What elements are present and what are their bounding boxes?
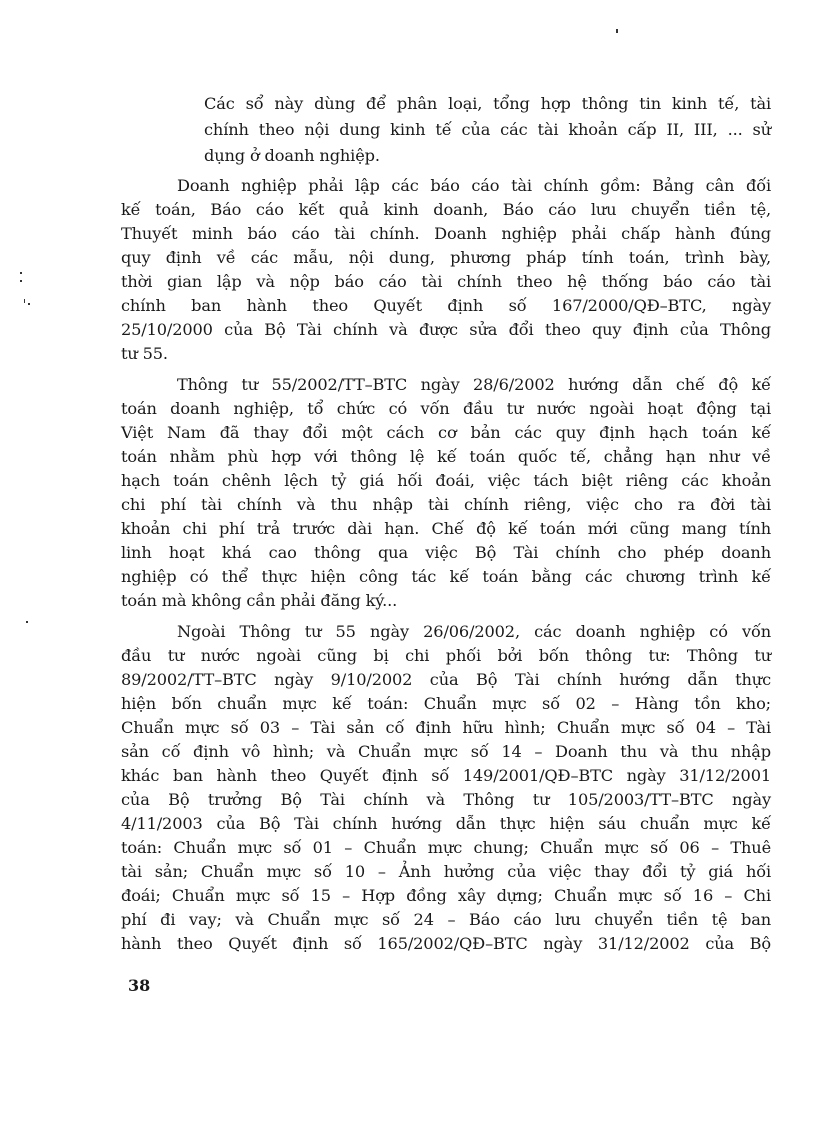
text-line: dụng ở doanh nghiệp.: [204, 144, 380, 168]
text-line: Chuẩn mực số 03 – Tài sản cố định hữu hì…: [121, 716, 771, 740]
text-line: Thuyết minh báo cáo tài chính. Doanh ngh…: [121, 222, 771, 246]
text-line: đoái; Chuẩn mực số 15 – Hợp đồng xây dựn…: [121, 884, 771, 908]
text-line: của Bộ trưởng Bộ Tài chính và Thông tư 1…: [121, 788, 771, 812]
text-line: tài sản; Chuẩn mực số 10 – Ảnh hưởng của…: [121, 860, 771, 884]
text-line: chi phí tài chính và thu nhập tài chính …: [121, 493, 771, 517]
scan-speck: [20, 280, 22, 282]
scan-speck: [616, 29, 618, 33]
text-line: nghiệp có thể thực hiện công tác kế toán…: [121, 565, 771, 589]
text-line: phí đi vay; và Chuẩn mực số 24 – Báo cáo…: [121, 908, 771, 932]
scan-speck: [26, 621, 28, 623]
text-line: toán: Chuẩn mực số 01 – Chuẩn mực chung;…: [121, 836, 771, 860]
text-line: toán nhằm phù hợp với thông lệ kế toán q…: [121, 445, 771, 469]
text-line: toán mà không cần phải đăng ký...: [121, 589, 397, 613]
text-line: 89/2002/TT–BTC ngày 9/10/2002 của Bộ Tài…: [121, 668, 771, 692]
text-line: chính ban hành theo Quyết định số 167/20…: [121, 294, 771, 318]
text-line: linh hoạt khá cao thông qua việc Bộ Tài …: [121, 541, 771, 565]
text-line: đầu tư nước ngoài cũng bị chi phối bởi b…: [121, 644, 771, 668]
scan-speck: [20, 272, 22, 274]
text-line: Việt Nam đã thay đổi một cách cơ bản các…: [121, 421, 771, 445]
scan-speck: [24, 299, 25, 303]
document-page: Các sổ này dùng để phân loại, tổng hợp t…: [0, 0, 816, 1123]
scan-speck: [28, 303, 30, 305]
text-line: khác ban hành theo Quyết định số 149/200…: [121, 764, 771, 788]
text-line: Thông tư 55/2002/TT–BTC ngày 28/6/2002 h…: [177, 373, 771, 397]
text-line: thời gian lập và nộp báo cáo tài chính t…: [121, 270, 771, 294]
text-line: hạch toán chênh lệch tỷ giá hối đoái, vi…: [121, 469, 771, 493]
text-line: sản cố định vô hình; và Chuẩn mực số 14 …: [121, 740, 771, 764]
text-line: kế toán, Báo cáo kết quả kinh doanh, Báo…: [121, 198, 771, 222]
text-line: quy định về các mẫu, nội dung, phương ph…: [121, 246, 771, 270]
text-line: hành theo Quyết định số 165/2002/QĐ–BTC …: [121, 932, 771, 956]
text-line: 25/10/2000 của Bộ Tài chính và được sửa …: [121, 318, 771, 342]
text-line: khoản chi phí trả trước dài hạn. Chế độ …: [121, 517, 771, 541]
text-line: Doanh nghiệp phải lập các báo cáo tài ch…: [177, 174, 771, 198]
page-number: 38: [128, 976, 150, 995]
text-line: Ngoài Thông tư 55 ngày 26/06/2002, các d…: [177, 620, 771, 644]
text-line: 4/11/2003 của Bộ Tài chính hướng dẫn thự…: [121, 812, 771, 836]
text-line: toán doanh nghiệp, tổ chức có vốn đầu tư…: [121, 397, 771, 421]
text-line: tư 55.: [121, 342, 168, 366]
text-line: hiện bốn chuẩn mực kế toán: Chuẩn mực số…: [121, 692, 771, 716]
text-line: chính theo nội dung kinh tế của các tài …: [204, 118, 771, 142]
text-line: Các sổ này dùng để phân loại, tổng hợp t…: [204, 92, 771, 116]
